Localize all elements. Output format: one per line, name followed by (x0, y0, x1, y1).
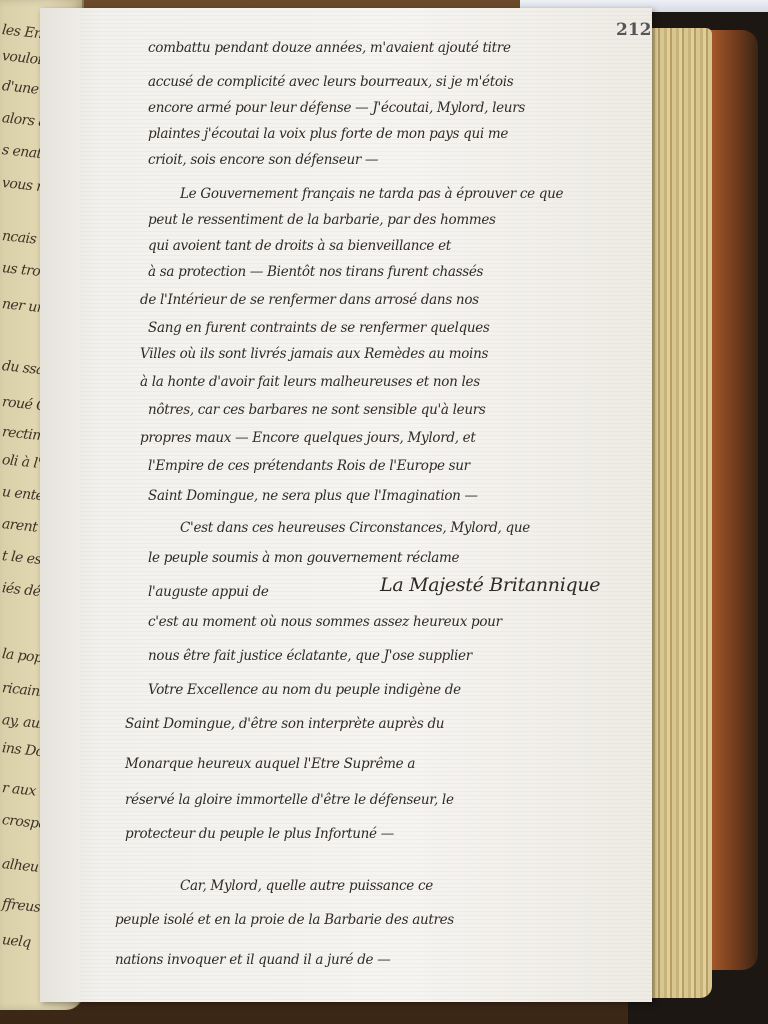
manuscript-line: peuple isolé et en la proie de la Barbar… (115, 912, 454, 928)
manuscript-line: nations invoquer et il quand il a juré d… (115, 952, 390, 968)
manuscript-line: Villes où ils sont livrés jamais aux Rem… (140, 346, 488, 362)
manuscript-line: nôtres, car ces barbares ne sont sensibl… (148, 402, 486, 418)
left-page-fragment: ffreus (1, 896, 41, 916)
manuscript-line: peut le ressentiment de la barbarie, par… (148, 212, 496, 228)
manuscript-line: réservé la gloire immortelle d'être le d… (125, 792, 454, 808)
photo-scene: les Enfansvouloird'une malors à l'esps e… (0, 0, 768, 1024)
left-page-fragment: alheu (1, 856, 39, 876)
manuscript-line: à la honte d'avoir fait leurs malheureus… (140, 374, 480, 390)
manuscript-line: accusé de complicité avec leurs bourreau… (148, 74, 513, 90)
manuscript-line: l'auguste appui de (148, 584, 269, 600)
manuscript-line: C'est dans ces heureuses Circonstances, … (180, 520, 530, 536)
manuscript-line: Saint Domingue, ne sera plus que l'Imagi… (148, 488, 478, 504)
manuscript-line: propres maux — Encore quelques jours, My… (140, 430, 476, 446)
manuscript-line: Votre Excellence au nom du peuple indigè… (148, 682, 461, 698)
manuscript-line: crioit, sois encore son défenseur — (148, 152, 378, 168)
left-page-fragment: r aux (1, 780, 36, 799)
manuscript-line: à sa protection — Bientôt nos tirans fur… (148, 264, 483, 280)
manuscript-line: le peuple soumis à mon gouvernement récl… (148, 550, 459, 566)
manuscript-line: Sang en furent contraints de se renferme… (148, 320, 490, 336)
manuscript-line: c'est au moment où nous sommes assez heu… (148, 614, 502, 630)
page-number: 212 (616, 20, 652, 40)
left-page-fragment: uelq (1, 932, 31, 951)
manuscript-line: Saint Domingue, d'être son interprète au… (125, 716, 444, 732)
manuscript-line: protecteur du peuple le plus Infortuné — (125, 826, 394, 842)
manuscript-line: encore armé pour leur défense — J'écouta… (148, 100, 525, 116)
manuscript-line: Car, Mylord, quelle autre puissance ce (180, 878, 433, 894)
manuscript-line: Le Gouvernement français ne tarda pas à … (180, 186, 563, 202)
manuscript-line: combattu pendant douze années, m'avaient… (148, 40, 511, 56)
manuscript-line: plaintes j'écoutai la voix plus forte de… (148, 126, 508, 142)
manuscript-page: 212 combattu pendant douze années, m'ava… (40, 8, 652, 1002)
manuscript-line: Monarque heureux auquel l'Etre Suprême a (125, 756, 415, 772)
manuscript-line: l'Empire de ces prétendants Rois de l'Eu… (148, 458, 470, 474)
manuscript-line: qui avoient tant de droits à sa bienveil… (148, 238, 451, 254)
manuscript-line: de l'Intérieur de se renfermer dans arro… (140, 292, 479, 308)
emphasized-line: La Majesté Britannique (380, 574, 600, 596)
manuscript-line: nous être fait justice éclatante, que J'… (148, 648, 472, 664)
